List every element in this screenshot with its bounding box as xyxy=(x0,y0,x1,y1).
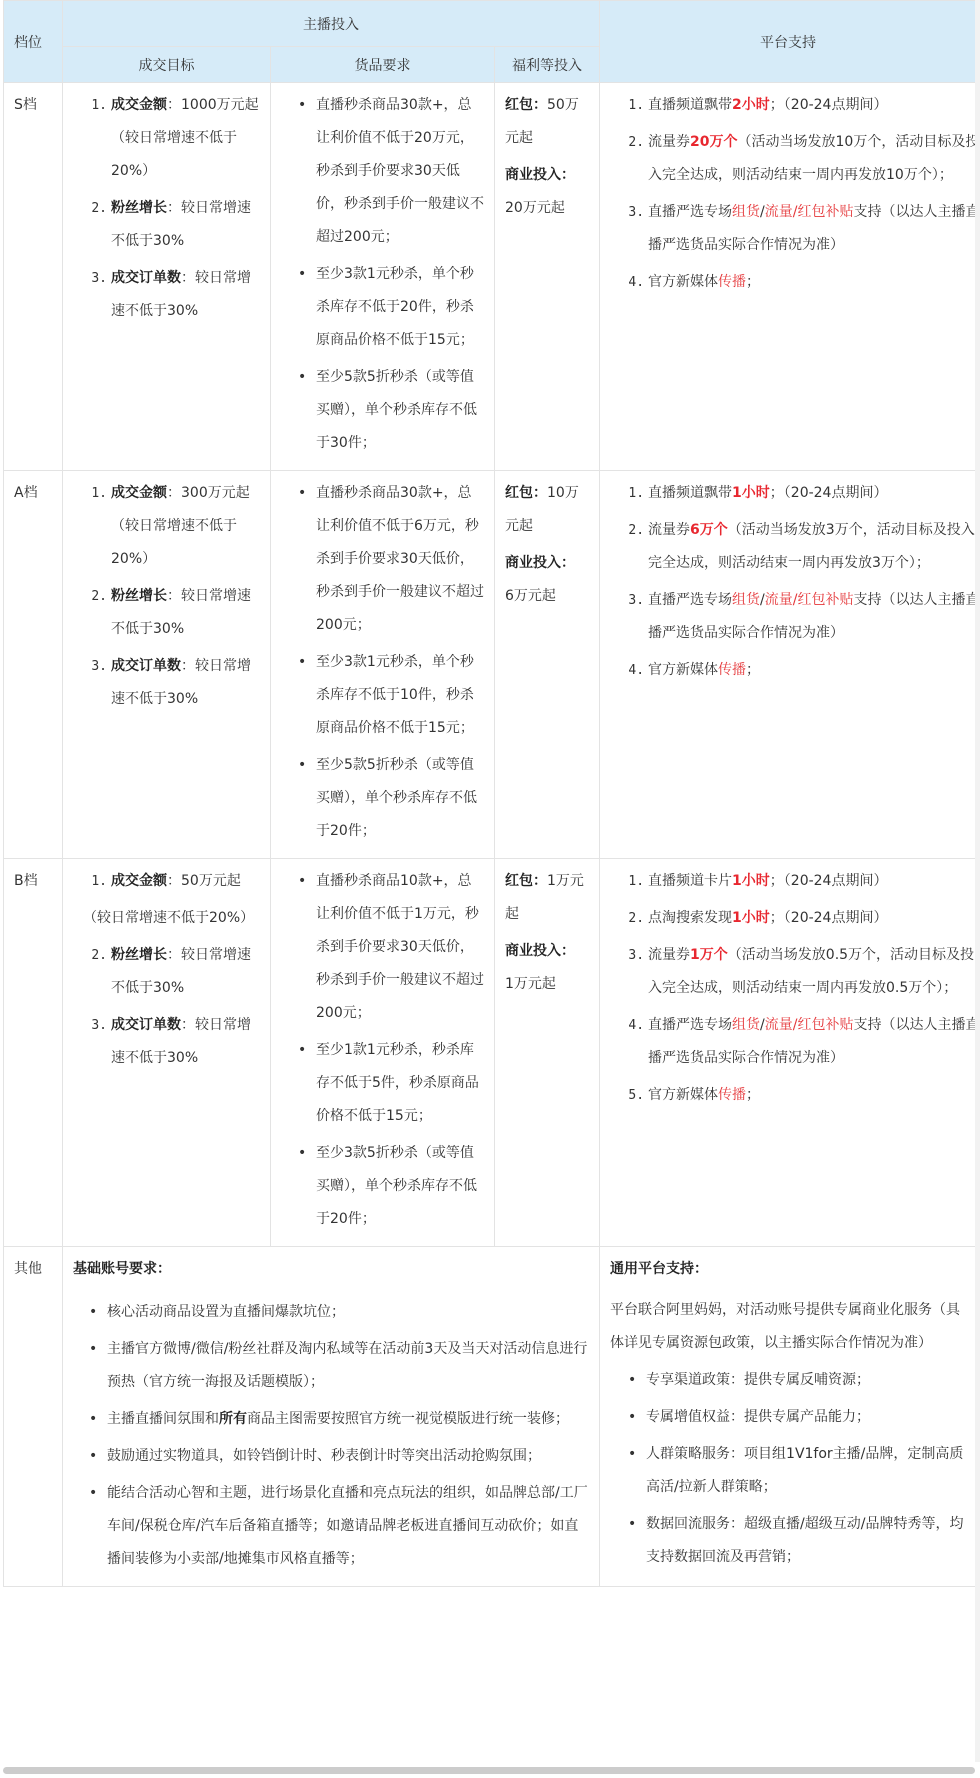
commercial: 商业投入：6万元起 xyxy=(505,547,589,613)
platform-item: 3.直播严选专场组货/流量/红包补贴支持（以达人主播直播严选货品实际合作情况为准… xyxy=(648,196,980,262)
benefits-cell: 红包：10万元起商业投入：6万元起 xyxy=(495,471,600,859)
account-text: 主播官方微博/微信/粉丝社群及淘内私域等在活动前3天及当天对活动信息进行预热（官… xyxy=(107,1341,587,1390)
tier-name: B档 xyxy=(14,873,38,889)
tier-cell: A档 xyxy=(4,471,63,859)
platform-text: ； xyxy=(746,1087,760,1103)
platform-highlight-soft: 传播 xyxy=(718,1087,746,1103)
goal-text: ：50万元起 xyxy=(167,873,241,889)
redpacket-label: 红包： xyxy=(505,873,547,889)
platform-text: 点淘搜索发现 xyxy=(648,910,732,926)
goods-text: 至少5款5折秒杀（或等值买赠），单个秒杀库存不低于30件； xyxy=(316,369,477,451)
bullet-icon: • xyxy=(89,1403,97,1436)
general-platform-list: •专享渠道政策：提供专属反哺资源；•专属增值权益：提供专属产品能力；•人群策略服… xyxy=(610,1364,973,1574)
goal-item: 2.粉丝增长：较日常增速不低于30% xyxy=(111,580,260,646)
goods-item: •直播秒杀商品30款+，总让利价值不低于6万元，秒杀到手价要求30天低价，秒杀到… xyxy=(316,477,484,642)
platform-text: ； xyxy=(746,662,760,678)
general-platform-text: 专享渠道政策：提供专属反哺资源； xyxy=(646,1372,870,1388)
tier-row: S档1.成交金额：1000万元起（较日常增速不低于20%）2.粉丝增长：较日常增… xyxy=(4,83,980,471)
goal-list: 1.成交金额：50万元起（较日常增速不低于20%）2.粉丝增长：较日常增速不低于… xyxy=(73,865,260,1075)
account-item: •鼓励通过实物道具，如铃铛倒计时、秒表倒计时等突出活动抢购氛围； xyxy=(107,1440,589,1473)
goal-item: （较日常增速不低于20%） xyxy=(83,902,260,935)
header-goal: 成交目标 xyxy=(63,47,271,83)
platform-highlight-soft: 流量/红包补贴 xyxy=(765,1017,854,1033)
bullet-icon: • xyxy=(89,1333,97,1366)
platform-text: 直播频道飘带 xyxy=(648,97,732,113)
goal-number: 1. xyxy=(85,865,107,898)
platform-item: 4.官方新媒体传播； xyxy=(648,654,980,687)
goods-list: •直播秒杀商品30款+，总让利价值不低于20万元，秒杀到手价要求30天低价，秒杀… xyxy=(291,89,484,460)
account-item: •主播官方微博/微信/粉丝社群及淘内私域等在活动前3天及当天对活动信息进行预热（… xyxy=(107,1333,589,1399)
goods-text: 至少3款1元秒杀，单个秒杀库存不低于20件，秒杀原商品价格不低于15元； xyxy=(316,266,474,348)
table-container: 档位 主播投入 平台支持 成交目标 货品要求 福利等投入 S档1.成交金额：10… xyxy=(3,0,975,1587)
platform-list: 1.直播频道飘带2小时；（20-24点期间）2.流量券20万个（活动当场发放10… xyxy=(610,89,980,299)
goal-label: 成交订单数 xyxy=(111,658,181,674)
account-text: 能结合活动心智和主题，进行场景化直播和亮点玩法的组织，如品牌总部/工厂车间/保税… xyxy=(107,1485,588,1567)
platform-number: 1. xyxy=(622,89,644,122)
goal-label: 成交订单数 xyxy=(111,270,181,286)
platform-highlight: 1小时 xyxy=(732,910,770,926)
goods-cell: •直播秒杀商品10款+，总让利价值不低于1万元，秒杀到手价要求30天低价，秒杀到… xyxy=(271,859,495,1247)
goal-label: 成交金额 xyxy=(111,97,167,113)
goal-number: 1. xyxy=(85,477,107,510)
goods-item: •至少1款1元秒杀，秒杀库存不低于5件，秒杀原商品价格不低于15元； xyxy=(316,1034,484,1133)
platform-item: 2.点淘搜索发现1小时；（20-24点期间） xyxy=(648,902,980,935)
platform-text: ；（20-24点期间） xyxy=(770,97,888,113)
goal-number: 3. xyxy=(85,650,107,683)
platform-item: 3.流量券1万个（活动当场发放0.5万个，活动目标及投入完全达成，则活动结束一周… xyxy=(648,939,980,1005)
platform-item: 2.流量券6万个（活动当场发放3万个，活动目标及投入完全达成，则活动结束一周内再… xyxy=(648,514,980,580)
goods-text: 至少3款5折秒杀（或等值买赠），单个秒杀库存不低于20件； xyxy=(316,1145,477,1227)
tier-row: B档1.成交金额：50万元起（较日常增速不低于20%）2.粉丝增长：较日常增速不… xyxy=(4,859,980,1247)
account-text: 鼓励通过实物道具，如铃铛倒计时、秒表倒计时等突出活动抢购氛围； xyxy=(107,1448,541,1464)
platform-highlight: 1小时 xyxy=(732,485,770,501)
general-platform-text: 人群策略服务：项目组1V1for主播/品牌，定制高质高活/拉新人群策略； xyxy=(646,1446,963,1495)
commercial-value: 20万元起 xyxy=(505,200,565,216)
goal-label: 粉丝增长 xyxy=(111,588,167,604)
platform-text: 直播严选专场 xyxy=(648,592,732,608)
tier-name: 其他 xyxy=(14,1261,42,1277)
platform-text: 官方新媒体 xyxy=(648,1087,718,1103)
account-title: 基础账号要求： xyxy=(73,1253,589,1286)
goods-text: 直播秒杀商品30款+，总让利价值不低于20万元，秒杀到手价要求30天低价，秒杀到… xyxy=(316,97,484,245)
goods-item: •直播秒杀商品30款+，总让利价值不低于20万元，秒杀到手价要求30天低价，秒杀… xyxy=(316,89,484,254)
commercial-value: 6万元起 xyxy=(505,588,556,604)
bullet-icon: • xyxy=(298,749,306,782)
platform-number: 3. xyxy=(622,939,644,972)
goods-text: 至少5款5折秒杀（或等值买赠），单个秒杀库存不低于20件； xyxy=(316,757,477,839)
general-platform-item: •专享渠道政策：提供专属反哺资源； xyxy=(646,1364,973,1397)
bullet-icon: • xyxy=(298,361,306,394)
goal-item: 1.成交金额：50万元起 xyxy=(111,865,260,898)
bullet-icon: • xyxy=(298,258,306,291)
platform-text: ； xyxy=(746,274,760,290)
platform-item: 1.直播频道卡片1小时；（20-24点期间） xyxy=(648,865,980,898)
goal-label: 粉丝增长 xyxy=(111,200,167,216)
platform-item: 4.官方新媒体传播； xyxy=(648,266,980,299)
bullet-icon: • xyxy=(298,646,306,679)
goods-item: •至少5款5折秒杀（或等值买赠），单个秒杀库存不低于30件； xyxy=(316,361,484,460)
platform-highlight-soft: 组货 xyxy=(732,592,760,608)
goods-cell: •直播秒杀商品30款+，总让利价值不低于20万元，秒杀到手价要求30天低价，秒杀… xyxy=(271,83,495,471)
header-platform-support: 平台支持 xyxy=(600,1,980,83)
goods-text: 直播秒杀商品10款+，总让利价值不低于1万元，秒杀到手价要求30天低价，秒杀到手… xyxy=(316,873,484,1021)
goal-item: 1.成交金额：1000万元起（较日常增速不低于20%） xyxy=(111,89,260,188)
platform-text: ；（20-24点期间） xyxy=(770,873,888,889)
goal-item: 3.成交订单数：较日常增速不低于30% xyxy=(111,650,260,716)
commercial-label: 商业投入： xyxy=(505,167,575,183)
commercial: 商业投入：20万元起 xyxy=(505,159,589,225)
header-anchor-investment: 主播投入 xyxy=(63,1,600,47)
platform-highlight-soft: 流量/红包补贴 xyxy=(765,204,854,220)
account-emphasis: 所有 xyxy=(219,1411,247,1427)
platform-highlight-soft: 传播 xyxy=(718,274,746,290)
goods-item: •直播秒杀商品10款+，总让利价值不低于1万元，秒杀到手价要求30天低价，秒杀到… xyxy=(316,865,484,1030)
bullet-icon: • xyxy=(298,89,306,122)
bullet-icon: • xyxy=(298,1034,306,1067)
goal-label: 成交金额 xyxy=(111,873,167,889)
tier-name: S档 xyxy=(14,97,37,113)
platform-item: 2.流量券20万个（活动当场发放10万个，活动目标及投入完全达成，则活动结束一周… xyxy=(648,126,980,192)
goods-item: •至少5款5折秒杀（或等值买赠），单个秒杀库存不低于20件； xyxy=(316,749,484,848)
goods-text: 直播秒杀商品30款+，总让利价值不低于6万元，秒杀到手价要求30天低价，秒杀到手… xyxy=(316,485,484,633)
header-benefits: 福利等投入 xyxy=(495,47,600,83)
bullet-icon: • xyxy=(628,1508,636,1541)
goods-item: •至少3款1元秒杀，单个秒杀库存不低于20件，秒杀原商品价格不低于15元； xyxy=(316,258,484,357)
tier-cell: B档 xyxy=(4,859,63,1247)
platform-item: 3.直播严选专场组货/流量/红包补贴支持（以达人主播直播严选货品实际合作情况为准… xyxy=(648,584,980,650)
goal-number: 3. xyxy=(85,1009,107,1042)
goal-cell: 1.成交金额：50万元起（较日常增速不低于20%）2.粉丝增长：较日常增速不低于… xyxy=(63,859,271,1247)
platform-highlight: 6万个 xyxy=(690,522,728,538)
goal-number: 2. xyxy=(85,939,107,972)
goods-list: •直播秒杀商品10款+，总让利价值不低于1万元，秒杀到手价要求30天低价，秒杀到… xyxy=(291,865,484,1236)
platform-intro: 平台联合阿里妈妈，对活动账号提供专属商业化服务（具体详见专属资源包政策，以主播实… xyxy=(610,1294,973,1360)
benefits-cell: 红包：50万元起商业投入：20万元起 xyxy=(495,83,600,471)
platform-number: 2. xyxy=(622,514,644,547)
goal-number: 3. xyxy=(85,262,107,295)
other-row: 其他基础账号要求：•核心活动商品设置为直播间爆款坑位；•主播官方微博/微信/粉丝… xyxy=(4,1247,980,1587)
platform-cell: 1.直播频道飘带1小时；（20-24点期间）2.流量券6万个（活动当场发放3万个… xyxy=(600,471,980,859)
goal-item: 2.粉丝增长：较日常增速不低于30% xyxy=(111,939,260,1005)
redpacket: 红包：10万元起 xyxy=(505,477,589,543)
account-text: 主播直播间氛围和 xyxy=(107,1411,219,1427)
platform-text: 官方新媒体 xyxy=(648,274,718,290)
redpacket: 红包：1万元起 xyxy=(505,865,589,931)
account-item: •核心活动商品设置为直播间爆款坑位； xyxy=(107,1296,589,1329)
platform-text: 直播严选专场 xyxy=(648,1017,732,1033)
overflow-shade xyxy=(975,0,980,1762)
benefits-cell: 红包：1万元起商业投入：1万元起 xyxy=(495,859,600,1247)
bullet-icon: • xyxy=(298,477,306,510)
goods-text: 至少3款1元秒杀，单个秒杀库存不低于10件，秒杀原商品价格不低于15元； xyxy=(316,654,474,736)
platform-item: 1.直播频道飘带2小时；（20-24点期间） xyxy=(648,89,980,122)
platform-number: 2. xyxy=(622,902,644,935)
tier-name: A档 xyxy=(14,485,38,501)
general-platform-cell: 通用平台支持：平台联合阿里妈妈，对活动账号提供专属商业化服务（具体详见专属资源包… xyxy=(600,1247,980,1587)
goods-item: •至少3款1元秒杀，单个秒杀库存不低于10件，秒杀原商品价格不低于15元； xyxy=(316,646,484,745)
platform-highlight: 1万个 xyxy=(690,947,728,963)
platform-highlight-soft: 流量/红包补贴 xyxy=(765,592,854,608)
platform-cell: 1.直播频道飘带2小时；（20-24点期间）2.流量券20万个（活动当场发放10… xyxy=(600,83,980,471)
platform-number: 1. xyxy=(622,865,644,898)
bullet-icon: • xyxy=(298,1137,306,1170)
tier-cell: S档 xyxy=(4,83,63,471)
goal-item: 3.成交订单数：较日常增速不低于30% xyxy=(111,262,260,328)
platform-text: 直播频道飘带 xyxy=(648,485,732,501)
account-requirements-cell: 基础账号要求：•核心活动商品设置为直播间爆款坑位；•主播官方微博/微信/粉丝社群… xyxy=(63,1247,600,1587)
commercial: 商业投入：1万元起 xyxy=(505,935,589,1001)
tier-cell: 其他 xyxy=(4,1247,63,1587)
commercial-value: 1万元起 xyxy=(505,976,556,992)
redpacket-label: 红包： xyxy=(505,97,547,113)
goods-item: •至少3款5折秒杀（或等值买赠），单个秒杀库存不低于20件； xyxy=(316,1137,484,1236)
general-platform-text: 专属增值权益：提供专属产品能力； xyxy=(646,1409,870,1425)
platform-number: 5. xyxy=(622,1079,644,1112)
goal-number: 2. xyxy=(85,580,107,613)
platform-number: 1. xyxy=(622,477,644,510)
platform-text: 官方新媒体 xyxy=(648,662,718,678)
platform-number: 4. xyxy=(622,1009,644,1042)
platform-text: 流量券 xyxy=(648,134,690,150)
platform-title: 通用平台支持： xyxy=(610,1253,973,1286)
goal-number: 1. xyxy=(85,89,107,122)
goal-item: 2.粉丝增长：较日常增速不低于30% xyxy=(111,192,260,258)
platform-text: 流量券 xyxy=(648,947,690,963)
goal-number: 2. xyxy=(85,192,107,225)
platform-highlight: 20万个 xyxy=(690,134,737,150)
goal-item: 1.成交金额：300万元起（较日常增速不低于20%） xyxy=(111,477,260,576)
platform-highlight: 1小时 xyxy=(732,873,770,889)
goal-label: 成交订单数 xyxy=(111,1017,181,1033)
tier-table: 档位 主播投入 平台支持 成交目标 货品要求 福利等投入 S档1.成交金额：10… xyxy=(3,0,980,1587)
platform-highlight-soft: 传播 xyxy=(718,662,746,678)
account-text: 核心活动商品设置为直播间爆款坑位； xyxy=(107,1304,345,1320)
platform-text: 直播频道卡片 xyxy=(648,873,732,889)
general-platform-item: •数据回流服务：超级直播/超级互动/品牌特秀等，均支持数据回流及再营销； xyxy=(646,1508,973,1574)
goods-cell: •直播秒杀商品30款+，总让利价值不低于6万元，秒杀到手价要求30天低价，秒杀到… xyxy=(271,471,495,859)
redpacket: 红包：50万元起 xyxy=(505,89,589,155)
platform-number: 4. xyxy=(622,654,644,687)
platform-highlight-soft: 组货 xyxy=(732,1017,760,1033)
platform-number: 3. xyxy=(622,584,644,617)
platform-text: ；（20-24点期间） xyxy=(770,910,888,926)
general-platform-item: •人群策略服务：项目组1V1for主播/品牌，定制高质高活/拉新人群策略； xyxy=(646,1438,973,1504)
platform-item: 4.直播严选专场组货/流量/红包补贴支持（以达人主播直播严选货品实际合作情况为准… xyxy=(648,1009,980,1075)
bullet-icon: • xyxy=(89,1440,97,1473)
horizontal-scrollbar[interactable] xyxy=(3,1767,975,1774)
bullet-icon: • xyxy=(628,1438,636,1471)
bullet-icon: • xyxy=(298,865,306,898)
platform-highlight: 2小时 xyxy=(732,97,770,113)
platform-item: 5.官方新媒体传播； xyxy=(648,1079,980,1112)
account-item: •能结合活动心智和主题，进行场景化直播和亮点玩法的组织，如品牌总部/工厂车间/保… xyxy=(107,1477,589,1576)
account-item: •主播直播间氛围和所有商品主图需要按照官方统一视觉模版进行统一装修； xyxy=(107,1403,589,1436)
platform-text: 直播严选专场 xyxy=(648,204,732,220)
goal-list: 1.成交金额：300万元起（较日常增速不低于20%）2.粉丝增长：较日常增速不低… xyxy=(73,477,260,716)
account-text: 商品主图需要按照官方统一视觉模版进行统一装修； xyxy=(247,1411,569,1427)
platform-text: ；（20-24点期间） xyxy=(770,485,888,501)
bullet-icon: • xyxy=(89,1477,97,1510)
header-tier: 档位 xyxy=(4,1,63,83)
platform-number: 3. xyxy=(622,196,644,229)
commercial-label: 商业投入： xyxy=(505,555,575,571)
general-platform-item: •专属增值权益：提供专属产品能力； xyxy=(646,1401,973,1434)
platform-highlight-soft: 组货 xyxy=(732,204,760,220)
platform-cell: 1.直播频道卡片1小时；（20-24点期间）2.点淘搜索发现1小时；（20-24… xyxy=(600,859,980,1247)
commercial-label: 商业投入： xyxy=(505,943,575,959)
platform-item: 1.直播频道飘带1小时；（20-24点期间） xyxy=(648,477,980,510)
platform-list: 1.直播频道卡片1小时；（20-24点期间）2.点淘搜索发现1小时；（20-24… xyxy=(610,865,980,1112)
account-list: •核心活动商品设置为直播间爆款坑位；•主播官方微博/微信/粉丝社群及淘内私域等在… xyxy=(73,1296,589,1576)
general-platform-text: 数据回流服务：超级直播/超级互动/品牌特秀等，均支持数据回流及再营销； xyxy=(646,1516,963,1565)
bullet-icon: • xyxy=(628,1364,636,1397)
goal-cell: 1.成交金额：1000万元起（较日常增速不低于20%）2.粉丝增长：较日常增速不… xyxy=(63,83,271,471)
platform-number: 4. xyxy=(622,266,644,299)
platform-list: 1.直播频道飘带1小时；（20-24点期间）2.流量券6万个（活动当场发放3万个… xyxy=(610,477,980,687)
goal-item: 3.成交订单数：较日常增速不低于30% xyxy=(111,1009,260,1075)
bullet-icon: • xyxy=(628,1401,636,1434)
bullet-icon: • xyxy=(89,1296,97,1329)
header-goods: 货品要求 xyxy=(271,47,495,83)
goal-label: 粉丝增长 xyxy=(111,947,167,963)
tier-row: A档1.成交金额：300万元起（较日常增速不低于20%）2.粉丝增长：较日常增速… xyxy=(4,471,980,859)
goal-list: 1.成交金额：1000万元起（较日常增速不低于20%）2.粉丝增长：较日常增速不… xyxy=(73,89,260,328)
goal-cell: 1.成交金额：300万元起（较日常增速不低于20%）2.粉丝增长：较日常增速不低… xyxy=(63,471,271,859)
platform-number: 2. xyxy=(622,126,644,159)
redpacket-label: 红包： xyxy=(505,485,547,501)
goal-label: 成交金额 xyxy=(111,485,167,501)
goods-list: •直播秒杀商品30款+，总让利价值不低于6万元，秒杀到手价要求30天低价，秒杀到… xyxy=(291,477,484,848)
goal-text: （较日常增速不低于20%） xyxy=(83,910,254,926)
platform-text: 流量券 xyxy=(648,522,690,538)
goods-text: 至少1款1元秒杀，秒杀库存不低于5件，秒杀原商品价格不低于15元； xyxy=(316,1042,479,1124)
